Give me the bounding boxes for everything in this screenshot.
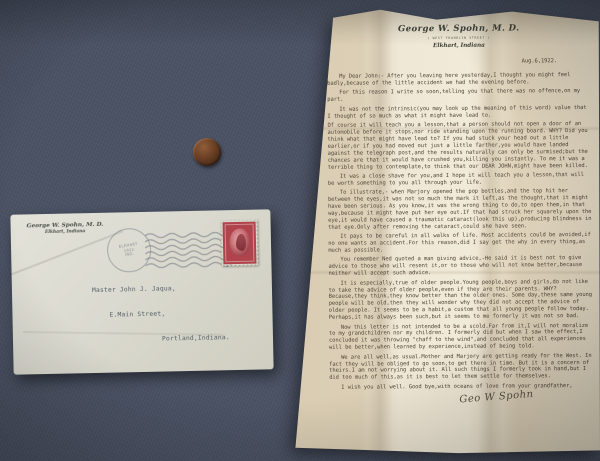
photo-of-letter-and-envelope: George W. Spohn, M. D. ( WEST FRANKLIN S… [0,0,600,461]
photo-vignette [0,0,600,461]
